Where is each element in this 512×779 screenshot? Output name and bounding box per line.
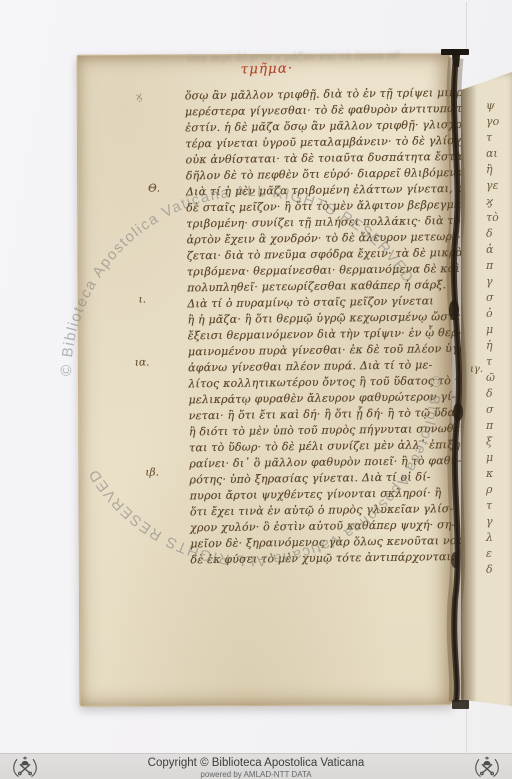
margin-mark: ϗ xyxy=(134,91,143,103)
facing-line-fragment: σ xyxy=(486,290,499,306)
facing-paragraph-number: ιγ. xyxy=(470,364,483,375)
footer-copyright: Copyright © Biblioteca Apostolica Vatica… xyxy=(148,757,365,769)
gutter-shadow xyxy=(461,72,477,706)
vatican-library-emblem-right xyxy=(470,755,504,779)
paragraph-number-ia: ια. xyxy=(135,357,150,369)
facing-line-fragment: αι xyxy=(486,146,499,162)
facing-line-fragment: σ xyxy=(486,402,499,418)
facing-line-fragment: τὸ xyxy=(486,210,499,226)
facing-line-fragment: ῶ xyxy=(486,370,499,386)
paragraph-number-ib: ιβ. xyxy=(145,466,159,478)
facing-line-fragment: κ xyxy=(486,466,499,482)
facing-line-fragment: ὀ xyxy=(486,306,499,322)
facing-line-fragment: τ xyxy=(486,498,499,514)
facing-page-edge: ψγοταιἢγεϗτὸδἀπγσὀμἡτῶδσπξμκρτγλεδ ιγ. xyxy=(461,72,512,706)
manuscript-line: δὲ ἐκ φύσει τὸ μὲν χυμῷ τότε ἀντιπάρχοντ… xyxy=(190,549,452,568)
backdrop-seam-bottom xyxy=(466,704,467,753)
facing-line-fragment: ἀ xyxy=(486,242,499,258)
rubric-title: τμῆμα· xyxy=(240,60,293,77)
facing-line-fragment: γε xyxy=(486,178,499,194)
facing-line-fragment: γ xyxy=(486,514,499,530)
footer-powered-by: powered by AMLAD-NTT DATA xyxy=(200,770,311,779)
facing-line-fragment: ρ xyxy=(486,482,499,498)
facing-line-fragment: γο xyxy=(486,114,499,130)
text-block: ὅσῳ ἂν μᾶλλον τριφθῇ. διὰ τὸ ἐν τῇ τρίψε… xyxy=(185,85,453,568)
facing-line-fragment: π xyxy=(486,418,499,434)
backdrop-seam-top xyxy=(466,2,467,54)
scanned-manuscript-view: ὅσα περὶ ἄλφιτα ϗ μᾶζαν καὶ τὰ ὅμοια πθ … xyxy=(0,0,512,779)
facing-line-fragment: δ xyxy=(486,386,499,402)
facing-line-fragment: π xyxy=(486,258,499,274)
facing-line-fragment: δ xyxy=(486,226,499,242)
ink-show-through: ὅσα περὶ ἄλφιτα ϗ μᾶζαν καὶ τὰ ὅμοια πθ xyxy=(188,50,463,65)
facing-line-fragment: δ xyxy=(486,562,499,578)
facing-line-fragment: λ xyxy=(486,530,499,546)
facing-line-fragment: τ xyxy=(486,130,499,146)
facing-line-fragment: ϗ xyxy=(486,194,499,210)
manuscript-page: ὅσα περὶ ἄλφιτα ϗ μᾶζαν καὶ τὰ ὅμοια πθ … xyxy=(77,53,454,707)
vatican-library-emblem-left xyxy=(8,755,42,779)
facing-line-fragment: ε xyxy=(486,546,499,562)
facing-line-fragment: μ xyxy=(486,322,499,338)
facing-edge-text: ψγοταιἢγεϗτὸδἀπγσὀμἡτῶδσπξμκρτγλεδ xyxy=(486,98,499,578)
facing-line-fragment: γ xyxy=(486,274,499,290)
paragraph-number-iota: ι. xyxy=(139,294,147,306)
facing-line-fragment: ἢ xyxy=(486,162,499,178)
facing-line-fragment: ψ xyxy=(486,98,499,114)
facing-line-fragment: μ xyxy=(486,450,499,466)
paragraph-number-theta: Θ. xyxy=(148,182,160,194)
facing-line-fragment: ξ xyxy=(486,434,499,450)
facing-line-fragment: τ xyxy=(486,354,499,370)
facing-line-fragment: ἡ xyxy=(486,338,499,354)
footer-bar: Copyright © Biblioteca Apostolica Vatica… xyxy=(0,753,512,779)
